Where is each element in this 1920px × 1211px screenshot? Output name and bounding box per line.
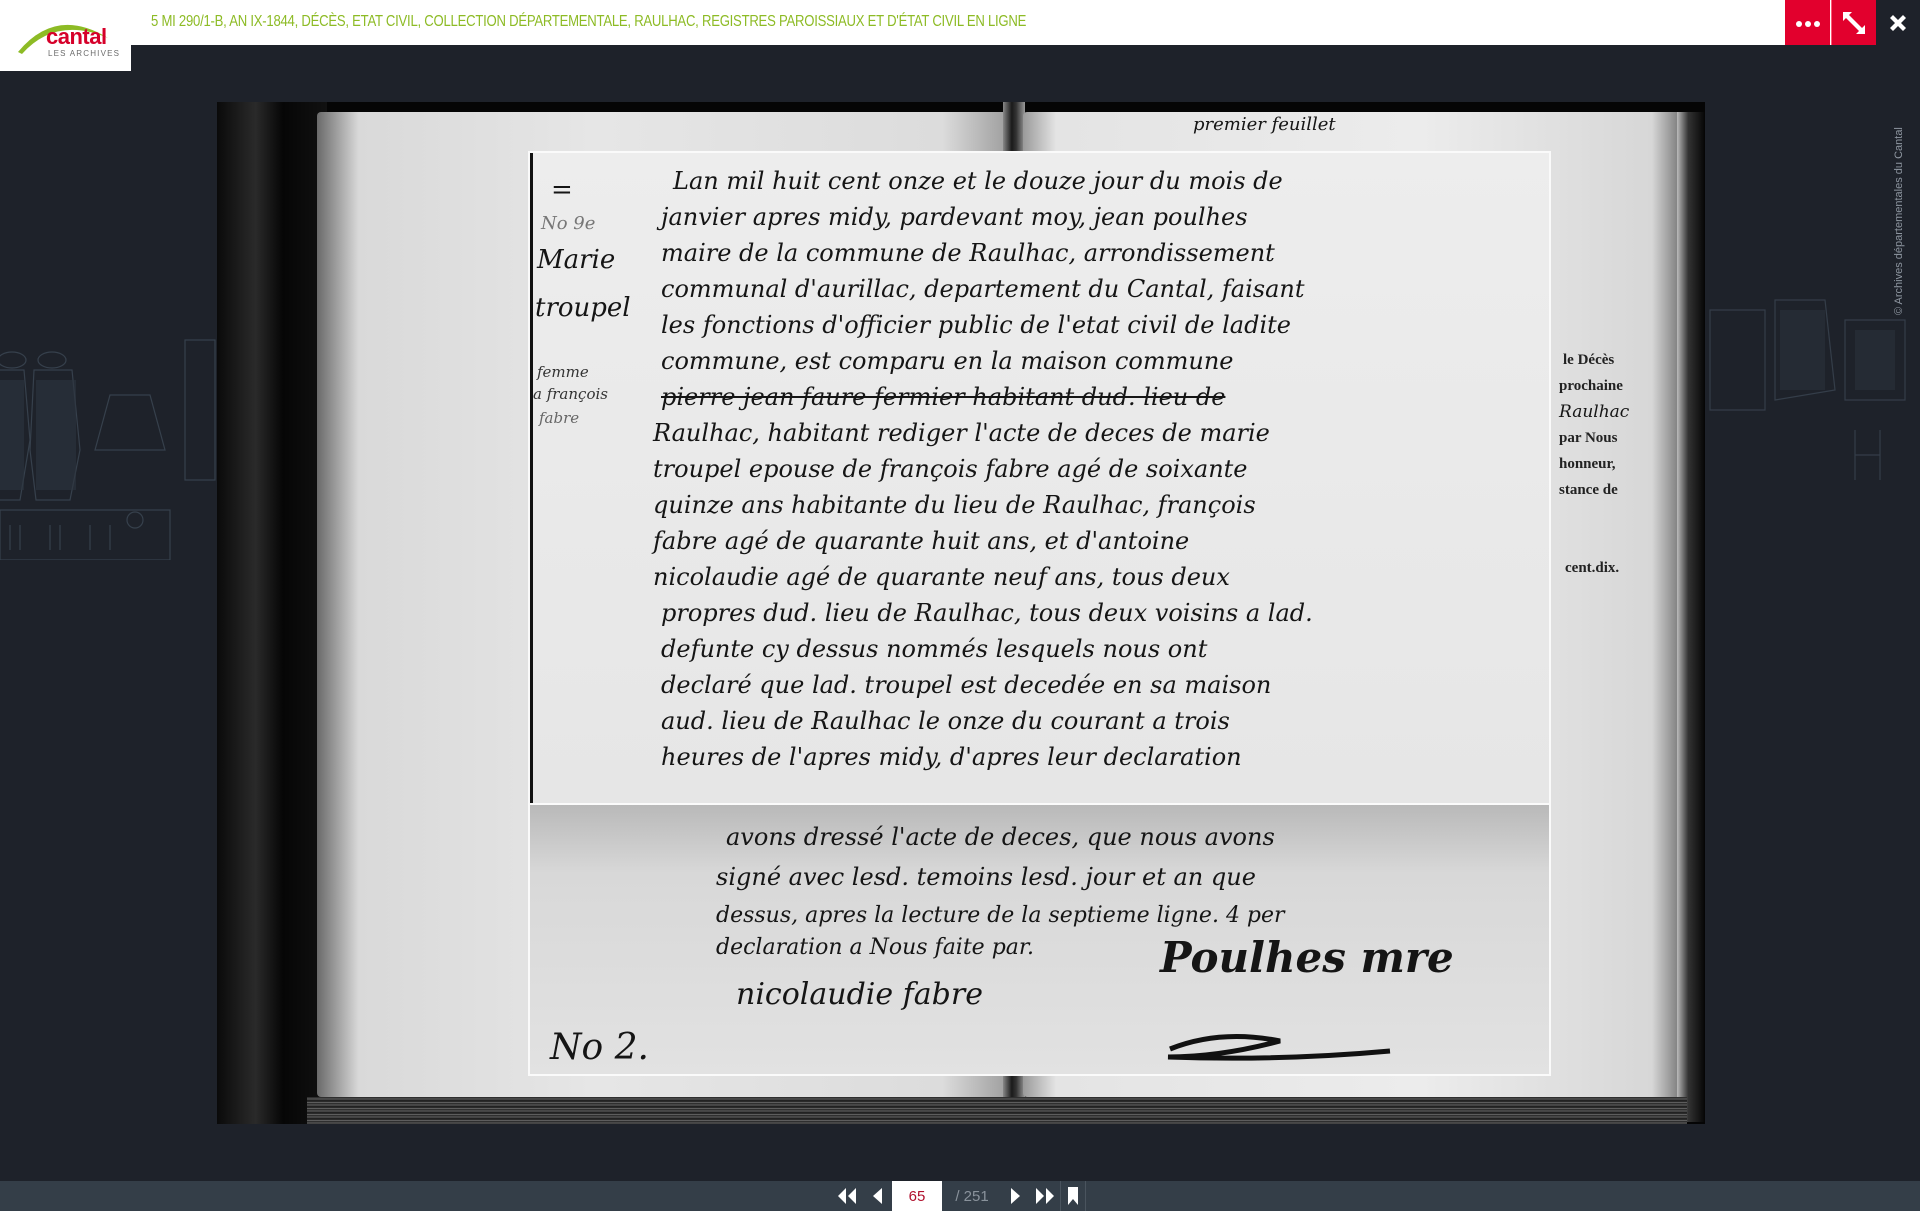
inset-line: aud. lieu de Raulhac le onze du courant …	[661, 707, 1230, 735]
printed-text: cent.dix.	[1565, 560, 1619, 577]
inset-line: Lan mil huit cent onze et le douze jour …	[673, 167, 1283, 195]
bookmark-icon	[1067, 1186, 1079, 1206]
copyright-notice: © Archives départementales du Cantal	[1893, 127, 1905, 315]
inset-line: heures de l'apres midy, d'apres leur dec…	[661, 743, 1242, 771]
margin-note: Marie	[537, 245, 615, 275]
handwritten-text: Raulhac	[1559, 402, 1629, 422]
inset-line: fabre agé de quarante huit ans, et d'ant…	[653, 527, 1189, 555]
fullscreen-button[interactable]	[1831, 0, 1876, 45]
logo-wordmark: cantal	[46, 26, 107, 48]
more-options-button[interactable]	[1785, 0, 1830, 45]
logo-subtitle: LES ARCHIVES	[48, 49, 120, 58]
page-stack-edge	[1677, 112, 1705, 1122]
printed-text: le Décès	[1563, 352, 1614, 369]
page-total: / 251	[942, 1188, 1002, 1205]
margin-note: femme	[537, 363, 589, 381]
inset-line: signé avec lesd. temoins lesd. jour et a…	[716, 863, 1256, 891]
double-chevron-left-icon	[836, 1186, 858, 1206]
printed-text: stance de	[1559, 482, 1618, 499]
document-title: 5 MI 290/1-B, AN IX-1844, DÉCÈS, ETAT CI…	[151, 13, 1026, 31]
inset-line: Raulhac, habitant rediger l'acte de dece…	[653, 419, 1270, 447]
inset-line: declaré que lad. troupel est decedée en …	[661, 671, 1271, 699]
inset-line: pierre jean faure fermier habitant dud. …	[661, 383, 1225, 411]
pagination: / 251	[832, 1181, 1086, 1211]
close-icon	[1887, 12, 1909, 34]
top-bar: 5 MI 290/1-B, AN IX-1844, DÉCÈS, ETAT CI…	[0, 0, 1920, 45]
ellipsis-icon	[1794, 14, 1821, 32]
margin-note: =	[551, 175, 573, 205]
bookmark-button[interactable]	[1061, 1181, 1085, 1211]
inset-line: defunte cy dessus nommés lesquels nous o…	[661, 635, 1207, 663]
inset-line: les fonctions d'officier public de l'eta…	[661, 311, 1291, 339]
entry-number: No 2.	[550, 1027, 649, 1068]
inset-line: janvier apres midy, pardevant moy, jean …	[661, 203, 1248, 231]
close-button[interactable]	[1876, 0, 1920, 45]
background-illustration-left	[0, 300, 217, 560]
margin-note: troupel	[535, 293, 631, 323]
printed-text: prochaine	[1559, 378, 1623, 395]
inset-line: commune, est comparu en la maison commun…	[661, 347, 1233, 375]
signature: nicolaudie fabre	[736, 977, 983, 1012]
divider	[1085, 1181, 1086, 1211]
book-binding-left	[217, 102, 327, 1124]
pager-bar: / 251	[0, 1181, 1920, 1211]
inset-line: maire de la commune de Raulhac, arrondis…	[661, 239, 1275, 267]
inset-line: communal d'aurillac, departement du Cant…	[661, 275, 1304, 303]
magnifier-inset[interactable]: = No 9e Marie troupel femme a françois f…	[528, 151, 1551, 1076]
inset-line: dessus, apres la lecture de la septieme …	[716, 903, 1285, 928]
expand-arrows-icon	[1841, 10, 1867, 36]
inset-line: troupel epouse de françois fabre agé de …	[653, 455, 1248, 483]
signature-flourish-icon	[1160, 1027, 1400, 1067]
chevron-left-icon	[871, 1186, 883, 1206]
previous-page-button[interactable]	[862, 1181, 892, 1211]
page-number-input[interactable]	[892, 1181, 942, 1211]
signature: Poulhes mre	[1160, 933, 1454, 982]
inset-line: quinze ans habitante du lieu de Raulhac,…	[653, 491, 1256, 519]
document-viewer[interactable]: premier feuillet le Décès prochaine Raul…	[217, 102, 1705, 1124]
chevron-right-icon	[1010, 1186, 1022, 1206]
background-illustration-right	[1705, 290, 1920, 550]
inset-lower-region: avons dressé l'acte de deces, que nous a…	[530, 803, 1549, 1076]
first-page-button[interactable]	[832, 1181, 862, 1211]
right-page-header: premier feuillet	[1193, 114, 1336, 135]
printed-text: honneur,	[1559, 456, 1616, 473]
inset-line: declaration a Nous faite par.	[716, 935, 1034, 960]
cantal-logo[interactable]: cantal LES ARCHIVES	[0, 0, 131, 71]
next-page-button[interactable]	[1002, 1181, 1030, 1211]
inset-line: avons dressé l'acte de deces, que nous a…	[726, 823, 1275, 851]
margin-note: a françois	[533, 385, 608, 403]
last-page-button[interactable]	[1030, 1181, 1060, 1211]
inset-line: propres dud. lieu de Raulhac, tous deux …	[661, 599, 1313, 627]
margin-note: fabre	[539, 409, 579, 427]
page-stack-bottom	[307, 1097, 1687, 1124]
inset-upper-region: = No 9e Marie troupel femme a françois f…	[530, 153, 1549, 803]
double-chevron-right-icon	[1034, 1186, 1056, 1206]
margin-note: No 9e	[541, 213, 595, 234]
printed-text: par Nous	[1559, 430, 1618, 447]
inset-line: nicolaudie agé de quarante neuf ans, tou…	[653, 563, 1230, 591]
